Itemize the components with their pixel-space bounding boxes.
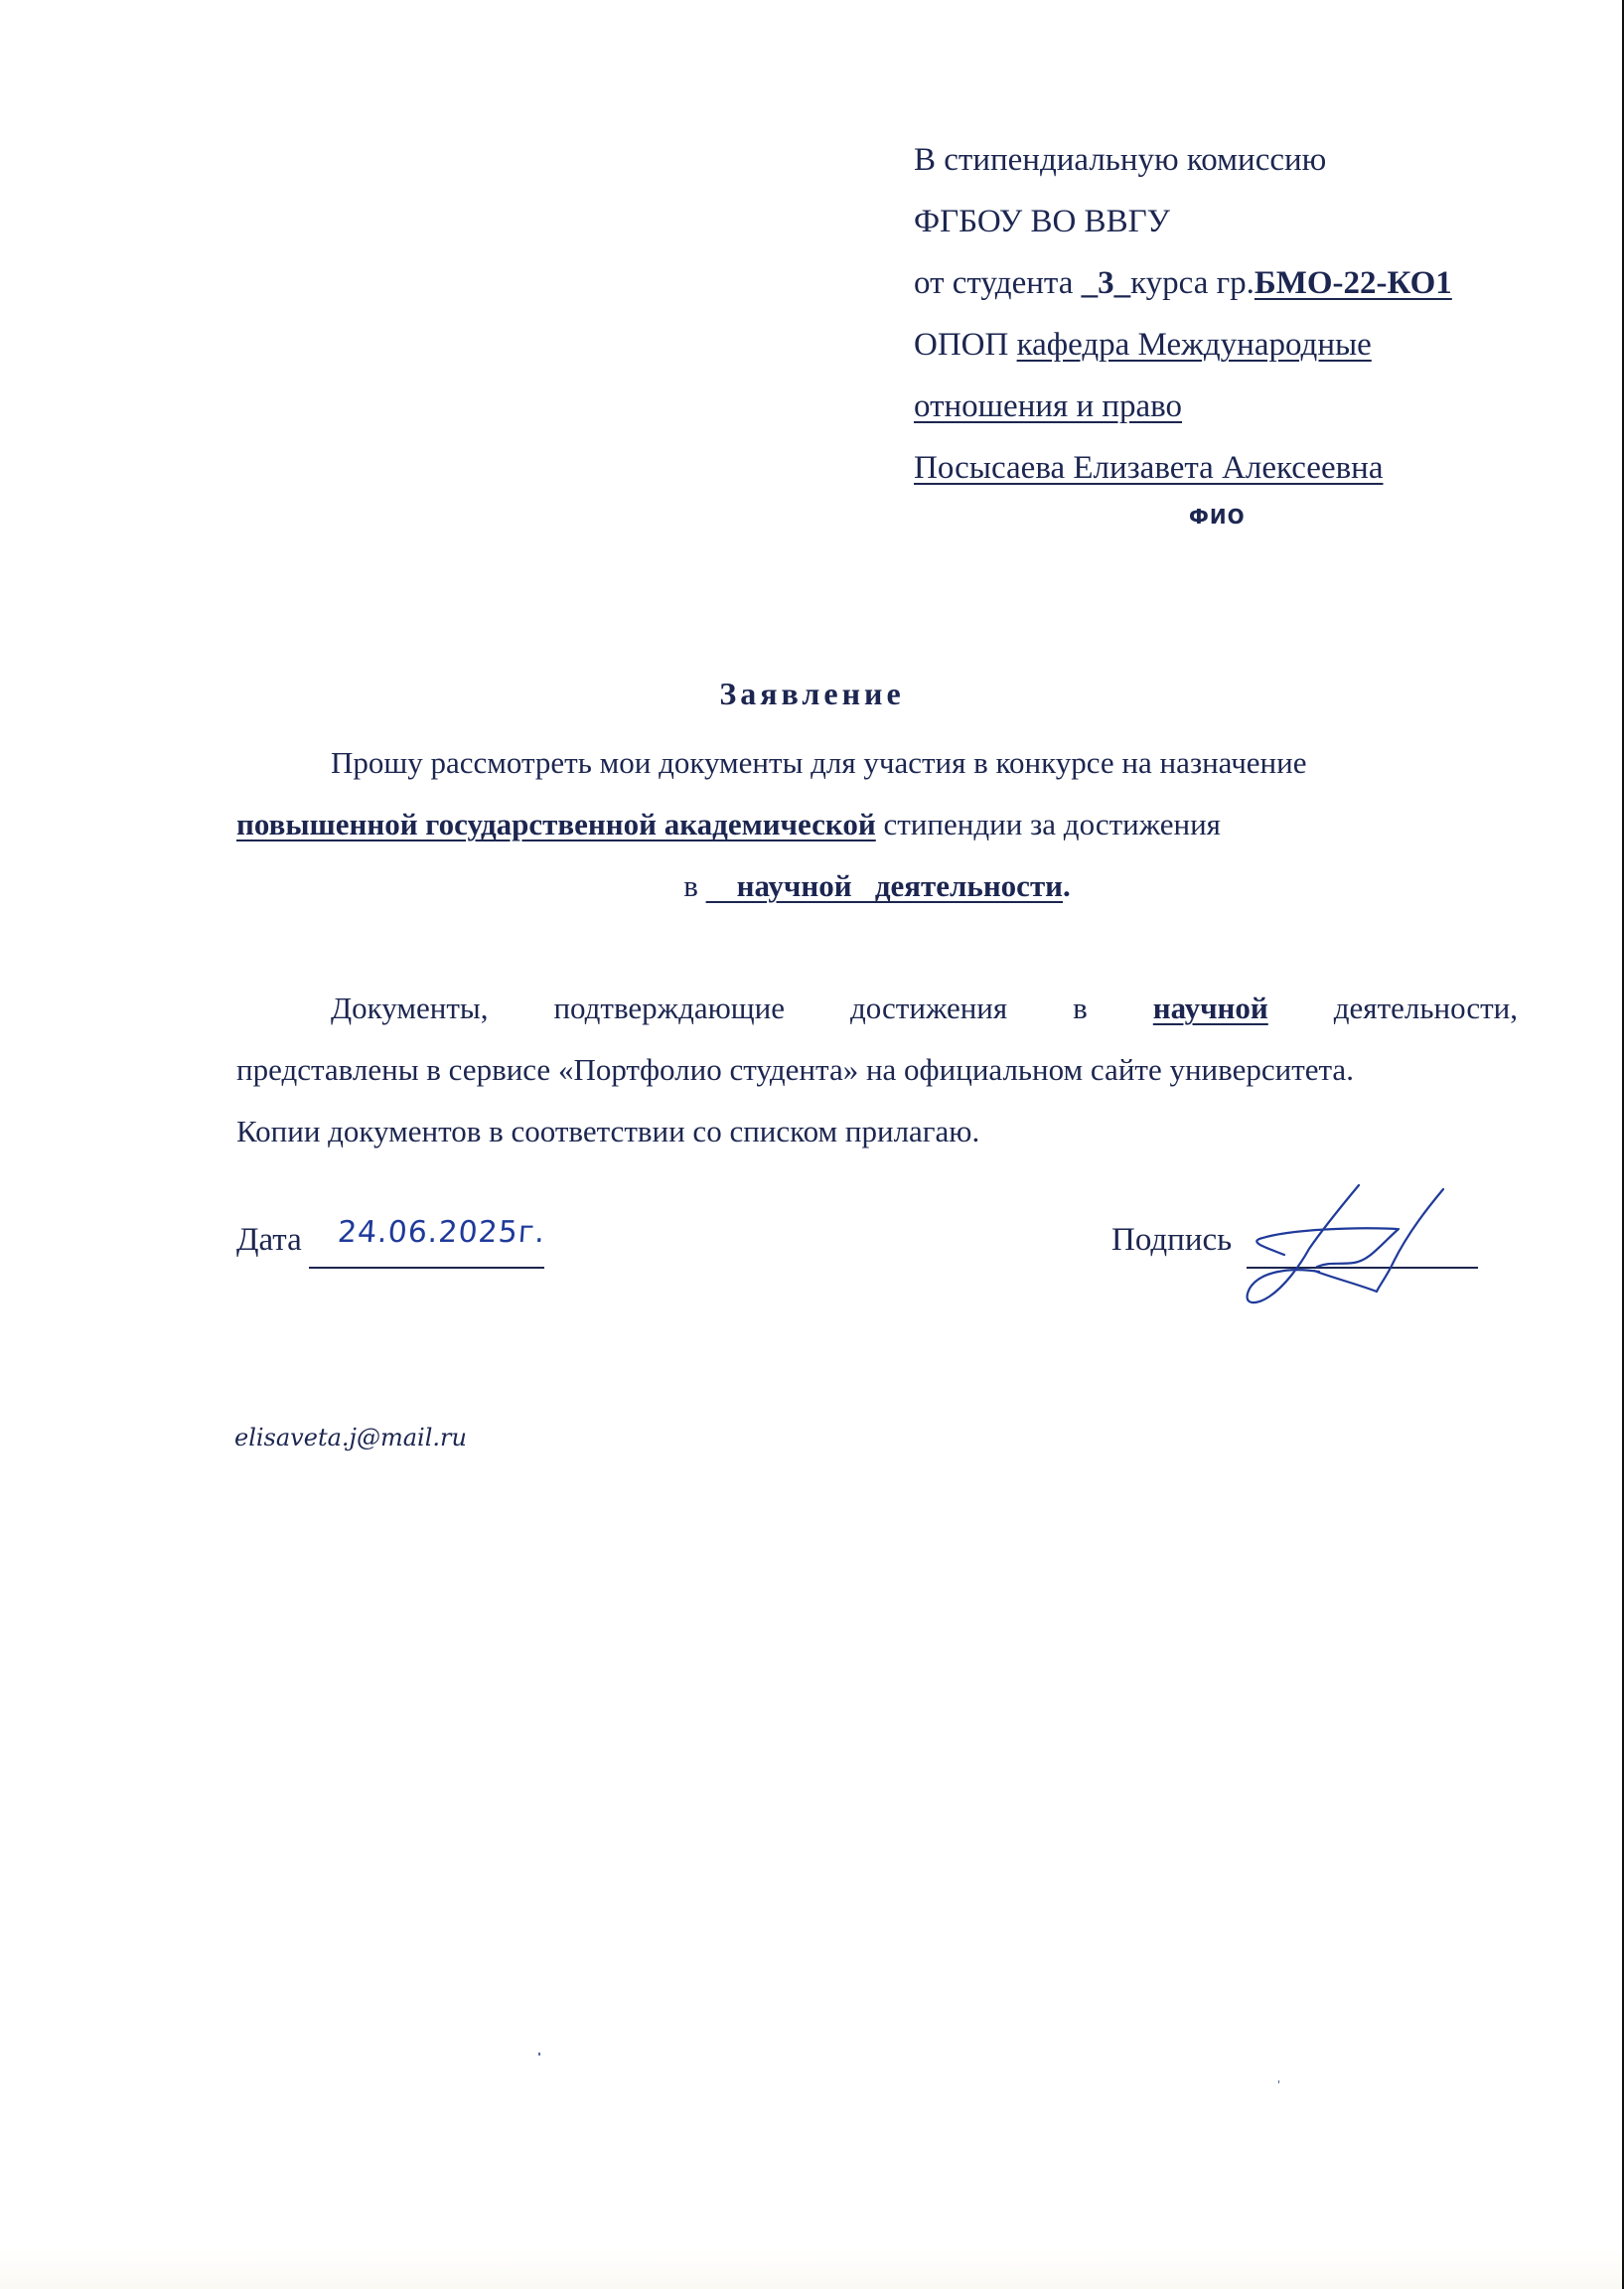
request-paragraph: Прошу рассмотреть мои документы для учас… bbox=[236, 732, 1518, 917]
program-prefix: ОПОП bbox=[914, 327, 1017, 363]
department-part1: кафедра Международные bbox=[1017, 327, 1372, 363]
student-line: от студента _3_курса гр.БМО-22-КО1 bbox=[914, 252, 1559, 314]
signature-label: Подпись bbox=[1111, 1222, 1232, 1259]
date-label: Дата bbox=[236, 1222, 302, 1259]
contact-email: elisaveta.j@mail.ru bbox=[234, 1424, 467, 1451]
documents-prefix: Документы, подтверждающие достижения в bbox=[331, 991, 1153, 1025]
scan-speck bbox=[1278, 2080, 1279, 2083]
university-line: ФГБОУ ВО ВВГУ bbox=[914, 191, 1559, 252]
name-line: Посысаева Елизавета Алексеевна bbox=[914, 437, 1559, 499]
documents-activity: научной bbox=[1153, 991, 1268, 1025]
student-full-name: Посысаева Елизавета Алексеевна bbox=[914, 450, 1383, 486]
department-part2: отношения и право bbox=[914, 388, 1182, 424]
scan-tint bbox=[0, 2249, 1622, 2289]
request-line-1: Прошу рассмотреть мои документы для учас… bbox=[236, 732, 1518, 794]
signature-icon bbox=[1230, 1167, 1458, 1316]
addressee-line: В стипендиальную комиссию bbox=[914, 129, 1559, 191]
date-underline bbox=[309, 1267, 544, 1269]
request-line-2-rest: стипендии за достижения bbox=[876, 807, 1221, 841]
date-signature-row: Дата 24.06.2025г. Подпись bbox=[236, 1212, 1478, 1301]
course-post: _ bbox=[1114, 265, 1131, 301]
documents-line-3: Копии документов в соответствии со списк… bbox=[236, 1101, 1518, 1162]
group-code: БМО-22-КО1 bbox=[1255, 265, 1452, 301]
document-title: Заявление bbox=[0, 676, 1624, 712]
date-handwritten: 24.06.2025г. bbox=[337, 1215, 547, 1250]
course-pre: _ bbox=[1082, 265, 1099, 301]
department-line: отношения и право bbox=[914, 376, 1559, 437]
course-label: курса гр. bbox=[1130, 265, 1255, 301]
addressee-block: В стипендиальную комиссию ФГБОУ ВО ВВГУ … bbox=[914, 129, 1559, 499]
activity-field: научной деятельности bbox=[706, 868, 1063, 903]
program-line: ОПОП кафедра Международные bbox=[914, 314, 1559, 376]
activity-suffix: . bbox=[1063, 868, 1071, 903]
course-number: 3 bbox=[1098, 265, 1114, 301]
documents-suffix: деятельности, bbox=[1268, 991, 1518, 1025]
student-prefix: от студента bbox=[914, 265, 1082, 301]
documents-line-1: Документы, подтверждающие достижения в н… bbox=[236, 978, 1518, 1039]
scholarship-type: повышенной государственной академической bbox=[236, 807, 876, 841]
fio-caption: ФИО bbox=[1189, 505, 1246, 529]
request-line-3: в научной деятельности. bbox=[236, 855, 1518, 917]
request-line-2: повышенной государственной академической… bbox=[236, 794, 1518, 855]
documents-line-2: представлены в сервисе «Портфолио студен… bbox=[236, 1039, 1518, 1101]
activity-prefix: в bbox=[683, 868, 705, 903]
documents-paragraph: Документы, подтверждающие достижения в н… bbox=[236, 978, 1518, 1162]
scan-speck bbox=[538, 2053, 540, 2056]
